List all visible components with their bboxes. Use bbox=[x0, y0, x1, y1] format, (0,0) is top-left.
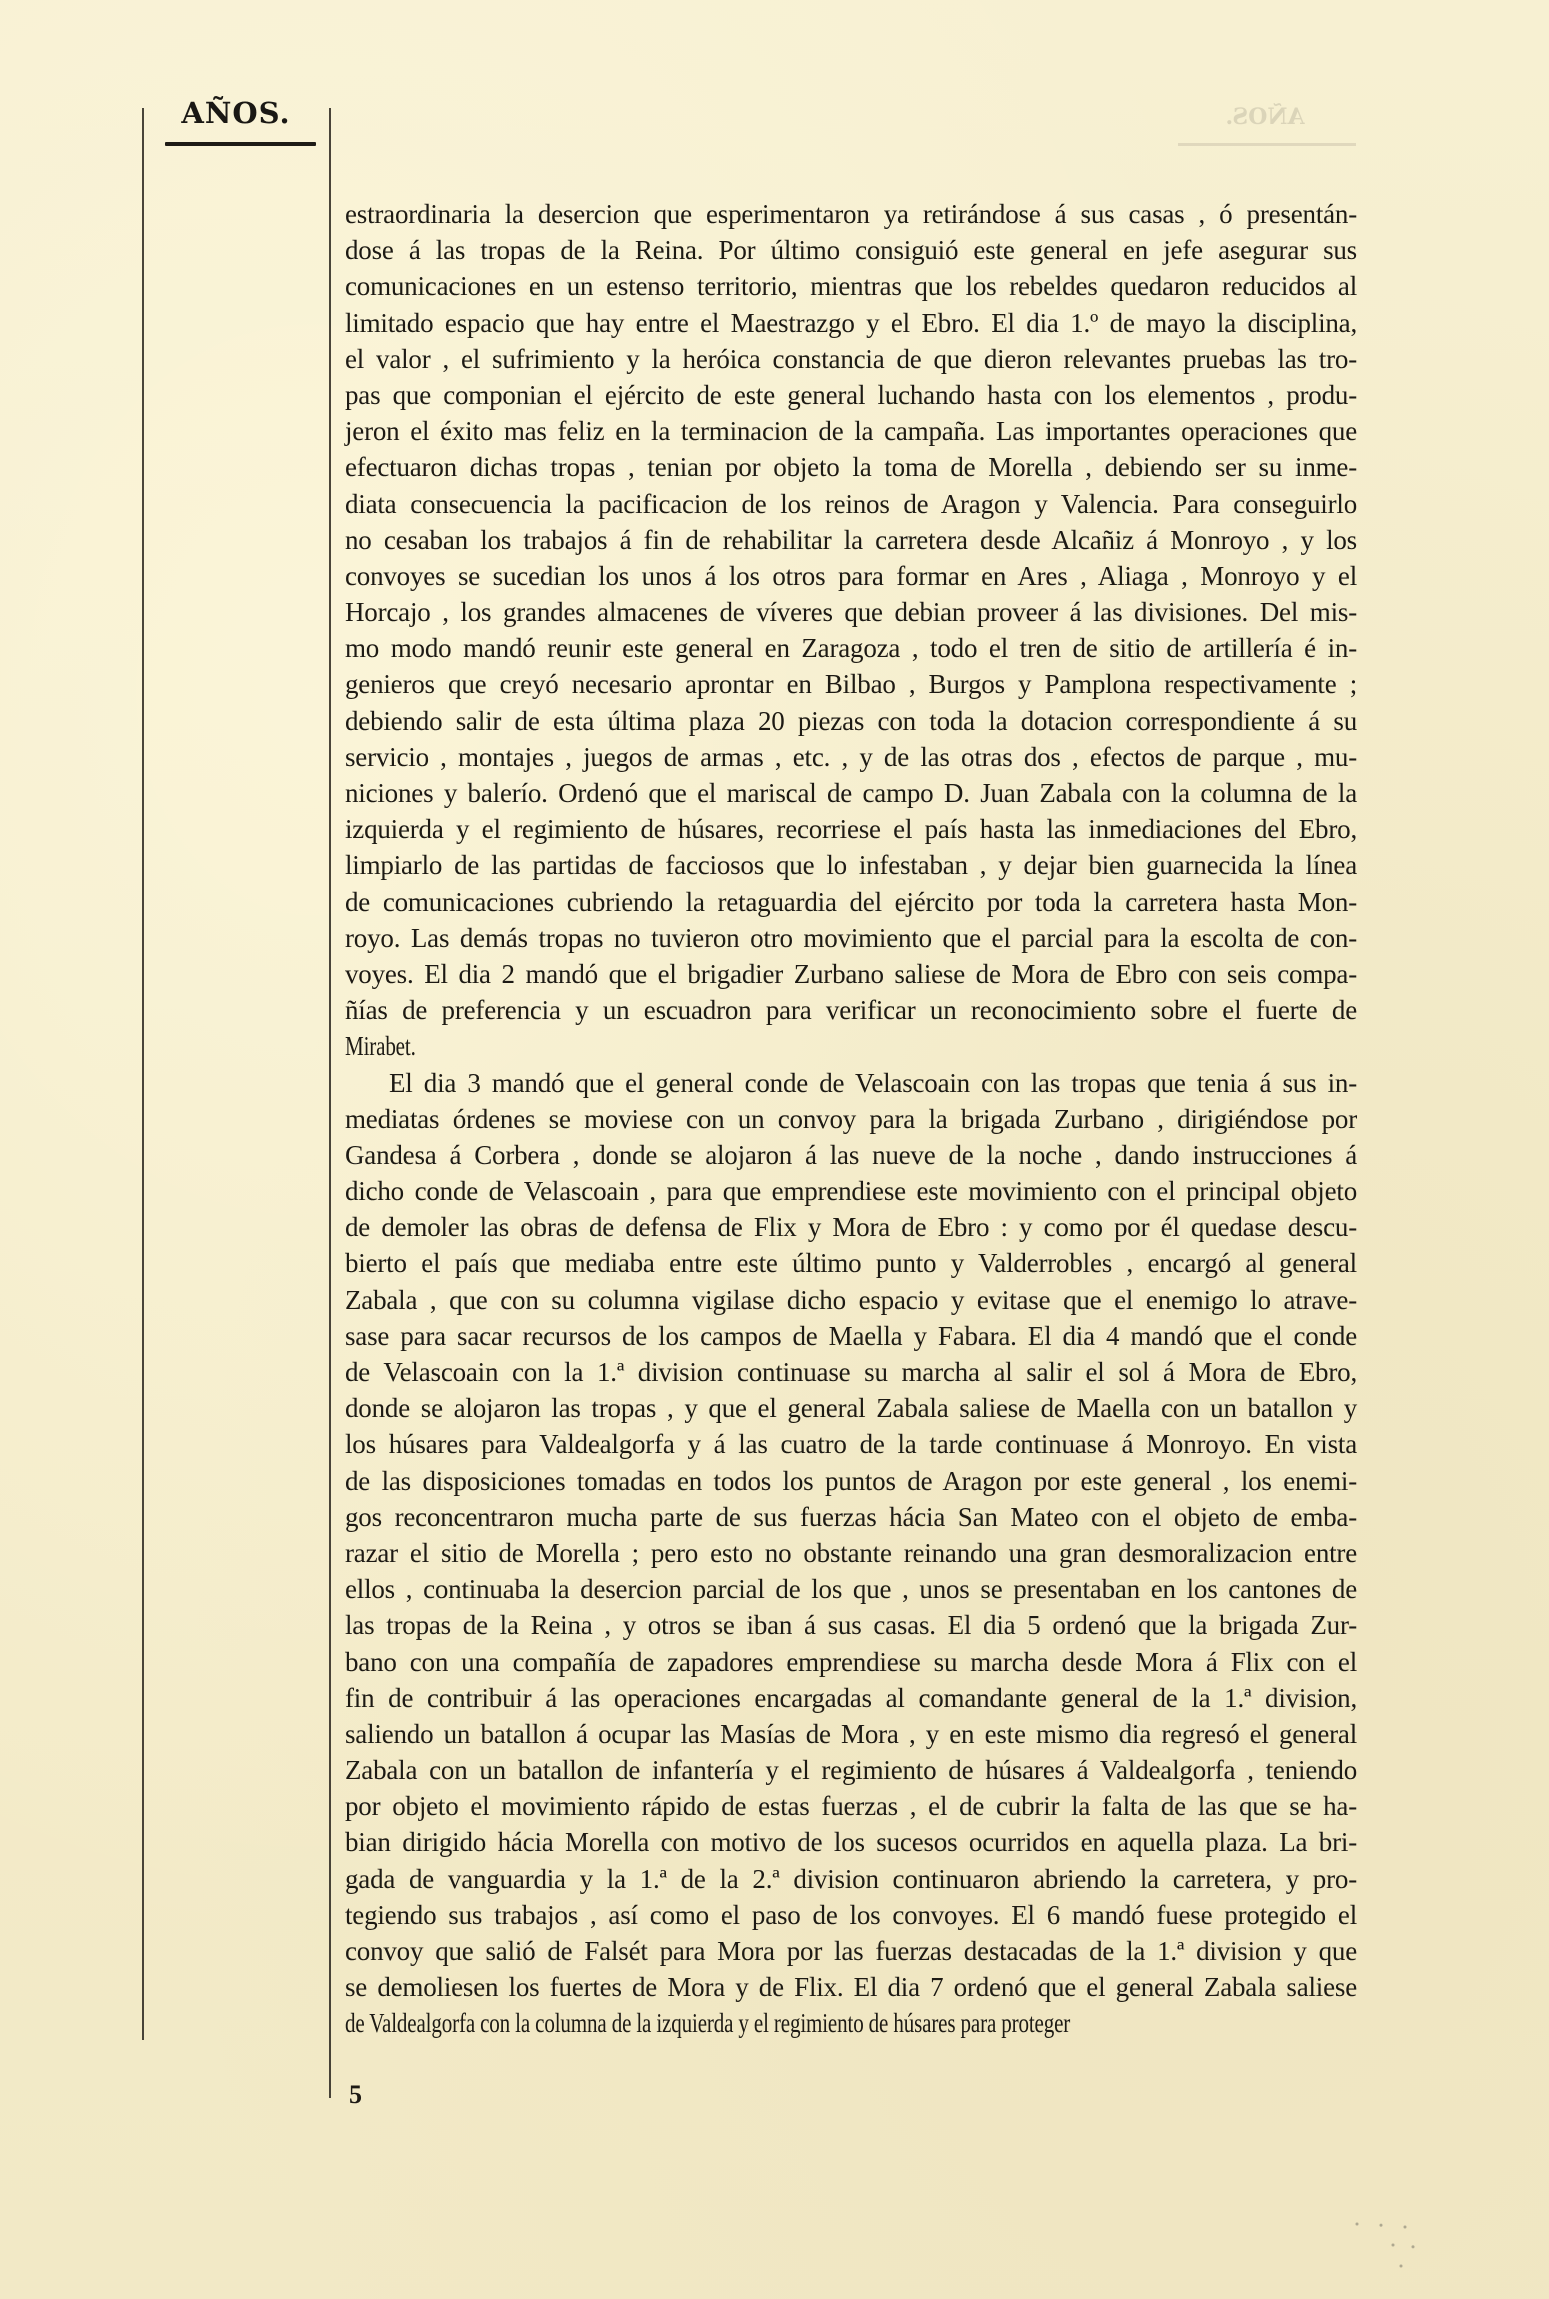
running-head: AÑOS. bbox=[150, 96, 322, 130]
text-line: efectuaron dichas tropas , tenian por ob… bbox=[345, 449, 1357, 485]
text-line: Horcajo , los grandes almacenes de víver… bbox=[345, 594, 1357, 630]
text-line: saliendo un batallon á ocupar las Masías… bbox=[345, 1716, 1357, 1752]
text-line: estraordinaria la desercion que esperime… bbox=[345, 196, 1357, 232]
running-head-underline bbox=[165, 142, 316, 146]
text-line: limpiarlo de las partidas de facciosos q… bbox=[345, 847, 1357, 883]
text-line: servicio , montajes , juegos de armas , … bbox=[345, 739, 1357, 775]
text-line: genieros que creyó necesario aprontar en… bbox=[345, 666, 1357, 702]
text-line: razar el sitio de Morella ; pero esto no… bbox=[345, 1535, 1357, 1571]
text-line: mediatas órdenes se moviese con un convo… bbox=[345, 1101, 1357, 1137]
text-line: por objeto el movimiento rápido de estas… bbox=[345, 1788, 1357, 1824]
text-line: se demoliesen los fuertes de Mora y de F… bbox=[345, 1969, 1357, 2005]
text-line: convoy que salió de Falsét para Mora por… bbox=[345, 1933, 1357, 1969]
bleed-through-underline bbox=[1178, 143, 1356, 146]
paragraph: El dia 3 mandó que el general conde de V… bbox=[345, 1065, 1357, 2042]
margin-rule-left bbox=[142, 108, 144, 2040]
text-line: diata consecuencia la pacificacion de lo… bbox=[345, 486, 1357, 522]
paper-specks bbox=[1349, 2218, 1429, 2278]
text-line: las tropas de la Reina , y otros se iban… bbox=[345, 1607, 1357, 1643]
text-line: limitado espacio que hay entre el Maestr… bbox=[345, 305, 1357, 341]
text-line: fin de contribuir á las operaciones enca… bbox=[345, 1680, 1357, 1716]
text-line: donde se alojaron las tropas , y que el … bbox=[345, 1390, 1357, 1426]
text-line: mo modo mandó reunir este general en Zar… bbox=[345, 630, 1357, 666]
text-line: bierto el país que mediaba entre este úl… bbox=[345, 1245, 1357, 1281]
text-line: convoyes se sucedian los unos á los otro… bbox=[345, 558, 1357, 594]
text-line: royo. Las demás tropas no tuvieron otro … bbox=[345, 920, 1357, 956]
text-line: ñías de preferencia y un escuadron para … bbox=[345, 992, 1357, 1028]
text-line: voyes. El dia 2 mandó que el brigadier Z… bbox=[345, 956, 1357, 992]
text-line: jeron el éxito mas feliz en la terminaci… bbox=[345, 413, 1357, 449]
text-line: no cesaban los trabajos á fin de rehabil… bbox=[345, 522, 1357, 558]
text-line: pas que componian el ejército de este ge… bbox=[345, 377, 1357, 413]
text-line: ellos , continuaba la desercion parcial … bbox=[345, 1571, 1357, 1607]
text-line: Mirabet. bbox=[345, 1028, 1357, 1064]
text-line: gos reconcentraron mucha parte de sus fu… bbox=[345, 1499, 1357, 1535]
page-number: 5 bbox=[349, 2080, 362, 2110]
text-line: dose á las tropas de la Reina. Por últim… bbox=[345, 232, 1357, 268]
text-line: el valor , el sufrimiento y la heróica c… bbox=[345, 341, 1357, 377]
margin-rule-right bbox=[329, 108, 331, 2098]
text-line: izquierda y el regimiento de húsares, re… bbox=[345, 811, 1357, 847]
text-line: sase para sacar recursos de los campos d… bbox=[345, 1318, 1357, 1354]
text-line: Zabala , que con su columna vigilase dic… bbox=[345, 1282, 1357, 1318]
text-line: Zabala con un batallon de infantería y e… bbox=[345, 1752, 1357, 1788]
text-line: gada de vanguardia y la 1.ª de la 2.ª di… bbox=[345, 1861, 1357, 1897]
body-text: estraordinaria la desercion que esperime… bbox=[345, 196, 1357, 2042]
text-line: de comunicaciones cubriendo la retaguard… bbox=[345, 884, 1357, 920]
text-line: comunicaciones en un estenso territorio,… bbox=[345, 268, 1357, 304]
text-line: Gandesa á Corbera , donde se alojaron á … bbox=[345, 1137, 1357, 1173]
text-line: dicho conde de Velascoain , para que emp… bbox=[345, 1173, 1357, 1209]
book-page: AÑOS. AÑOS. estraordinaria la desercion … bbox=[0, 0, 1549, 2299]
text-line: de demoler las obras de defensa de Flix … bbox=[345, 1209, 1357, 1245]
text-line: niciones y balerío. Ordenó que el marisc… bbox=[345, 775, 1357, 811]
text-line: debiendo salir de esta última plaza 20 p… bbox=[345, 703, 1357, 739]
text-line: bian dirigido hácia Morella con motivo d… bbox=[345, 1824, 1357, 1860]
text-line: los húsares para Valdealgorfa y á las cu… bbox=[345, 1426, 1357, 1462]
paragraph: estraordinaria la desercion que esperime… bbox=[345, 196, 1357, 1065]
text-line: El dia 3 mandó que el general conde de V… bbox=[345, 1065, 1357, 1101]
bleed-through-running-head: AÑOS. bbox=[1210, 104, 1320, 130]
text-line: bano con una compañía de zapadores empre… bbox=[345, 1644, 1357, 1680]
text-line: de Velascoain con la 1.ª division contin… bbox=[345, 1354, 1357, 1390]
text-line: tegiendo sus trabajos , así como el paso… bbox=[345, 1897, 1357, 1933]
text-line: de las disposiciones tomadas en todos lo… bbox=[345, 1463, 1357, 1499]
text-line: de Valdealgorfa con la columna de la izq… bbox=[345, 2005, 1357, 2041]
